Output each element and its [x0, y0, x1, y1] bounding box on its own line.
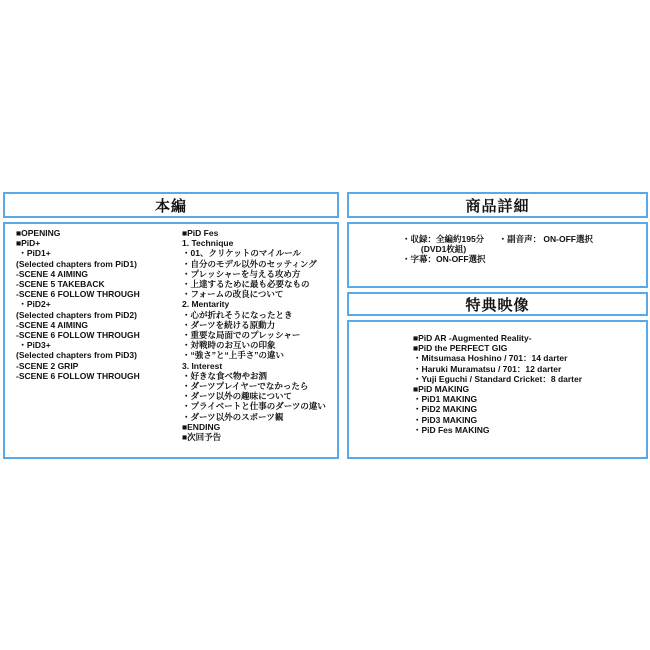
chapter-line: ■PiD+	[16, 238, 182, 248]
bonus-line: ・PiD3 MAKING	[413, 415, 582, 425]
product-details-panel: ・収録：全編約195分 (DVD1枚組)・字幕：ON-OFF選択 ・副音声： O…	[347, 222, 648, 288]
chapter-line: ■OPENING	[16, 228, 182, 238]
chapter-line: ・自分のモデル以外のセッティング	[182, 259, 337, 269]
chapter-line: (Selected chapters from PiD2)	[16, 310, 182, 320]
main-feature-column-2: ■PiD Fes1. Technique・01、クリケットのマイルール・自分のモ…	[182, 228, 337, 442]
bonus-footage-panel: ■PiD AR -Augmented Reality-■PiD the PERF…	[347, 320, 648, 459]
main-feature-columns: ■OPENING■PiD+ ・PiD1+(Selected chapters f…	[5, 224, 337, 442]
chapter-line: ・PiD1+	[16, 248, 182, 258]
detail-line: ・収録：全編約195分	[402, 234, 486, 244]
chapter-line: -SCENE 6 FOLLOW THROUGH	[16, 330, 182, 340]
chapter-line: 1. Technique	[182, 238, 337, 248]
bonus-footage-header: 特典映像	[347, 292, 648, 316]
chapter-line: 3. Interest	[182, 361, 337, 371]
bonus-line: ・Haruki Muramatsu / 701：12 darter	[413, 364, 582, 374]
chapter-line: -SCENE 4 AIMING	[16, 269, 182, 279]
chapter-line: ・フォームの改良について	[182, 289, 337, 299]
chapter-line: ・プライベートと仕事のダーツの違い	[182, 401, 337, 411]
chapter-line: ・好きな食べ物やお酒	[182, 371, 337, 381]
detail-line: ・字幕：ON-OFF選択	[402, 254, 486, 264]
bonus-line: ■PiD MAKING	[413, 384, 582, 394]
main-feature-panel: ■OPENING■PiD+ ・PiD1+(Selected chapters f…	[3, 222, 339, 459]
product-details-right-group: ・副音声： ON-OFF選択	[499, 234, 593, 265]
chapter-line: -SCENE 6 FOLLOW THROUGH	[16, 289, 182, 299]
chapter-line: ■PiD Fes	[182, 228, 337, 238]
bonus-line: ・PiD Fes MAKING	[413, 425, 582, 435]
product-details-header: 商品詳細	[347, 192, 648, 218]
product-details-groups: ・収録：全編約195分 (DVD1枚組)・字幕：ON-OFF選択 ・副音声： O…	[349, 224, 646, 265]
chapter-line: ・心が折れそうになったとき	[182, 310, 337, 320]
chapter-line: ・“強さ”と“上手さ”の違い	[182, 350, 337, 360]
chapter-line: ・プレッシャーを与える攻め方	[182, 269, 337, 279]
chapter-line: (Selected chapters from PiD3)	[16, 350, 182, 360]
chapter-line: ・上達するために最も必要なもの	[182, 279, 337, 289]
chapter-line: ・重要な局面でのプレッシャー	[182, 330, 337, 340]
chapter-line: (Selected chapters from PiD1)	[16, 259, 182, 269]
detail-line: (DVD1枚組)	[402, 244, 486, 254]
main-feature-header: 本編	[3, 192, 339, 218]
main-feature-column-1: ■OPENING■PiD+ ・PiD1+(Selected chapters f…	[16, 228, 182, 442]
chapter-line: ・PiD2+	[16, 299, 182, 309]
product-details-title: 商品詳細	[465, 195, 529, 216]
chapter-line: ■次回予告	[182, 432, 337, 442]
bonus-footage-title: 特典映像	[465, 294, 529, 315]
bonus-line: ・PiD2 MAKING	[413, 404, 582, 414]
chapter-line: ■ENDING	[182, 422, 337, 432]
chapter-line: ・ダーツを続ける原動力	[182, 320, 337, 330]
chapter-line: ・ダーツ以外の趣味について	[182, 391, 337, 401]
bonus-footage-list: ■PiD AR -Augmented Reality-■PiD the PERF…	[413, 333, 582, 435]
detail-line: ・副音声： ON-OFF選択	[499, 234, 593, 244]
chapter-line: ・PiD3+	[16, 340, 182, 350]
product-details-left-group: ・収録：全編約195分 (DVD1枚組)・字幕：ON-OFF選択	[402, 234, 486, 265]
main-feature-title: 本編	[155, 195, 187, 216]
chapter-line: ・対戦時のお互いの印象	[182, 340, 337, 350]
chapter-line: ・ダーツ以外のスポーツ観	[182, 412, 337, 422]
chapter-line: ・01、クリケットのマイルール	[182, 248, 337, 258]
chapter-line: -SCENE 2 GRIP	[16, 361, 182, 371]
bonus-line: ・PiD1 MAKING	[413, 394, 582, 404]
chapter-line: -SCENE 5 TAKEBACK	[16, 279, 182, 289]
chapter-line: 2. Mentarity	[182, 299, 337, 309]
chapter-line: -SCENE 6 FOLLOW THROUGH	[16, 371, 182, 381]
chapter-line: ・ダーツプレイヤーでなかったら	[182, 381, 337, 391]
chapter-line: -SCENE 4 AIMING	[16, 320, 182, 330]
bonus-line: ・Mitsumasa Hoshino / 701：14 darter	[413, 353, 582, 363]
bonus-line: ■PiD AR -Augmented Reality-	[413, 333, 582, 343]
bonus-line: ■PiD the PERFECT GIG	[413, 343, 582, 353]
bonus-line: ・Yuji Eguchi / Standard Cricket：8 darter	[413, 374, 582, 384]
